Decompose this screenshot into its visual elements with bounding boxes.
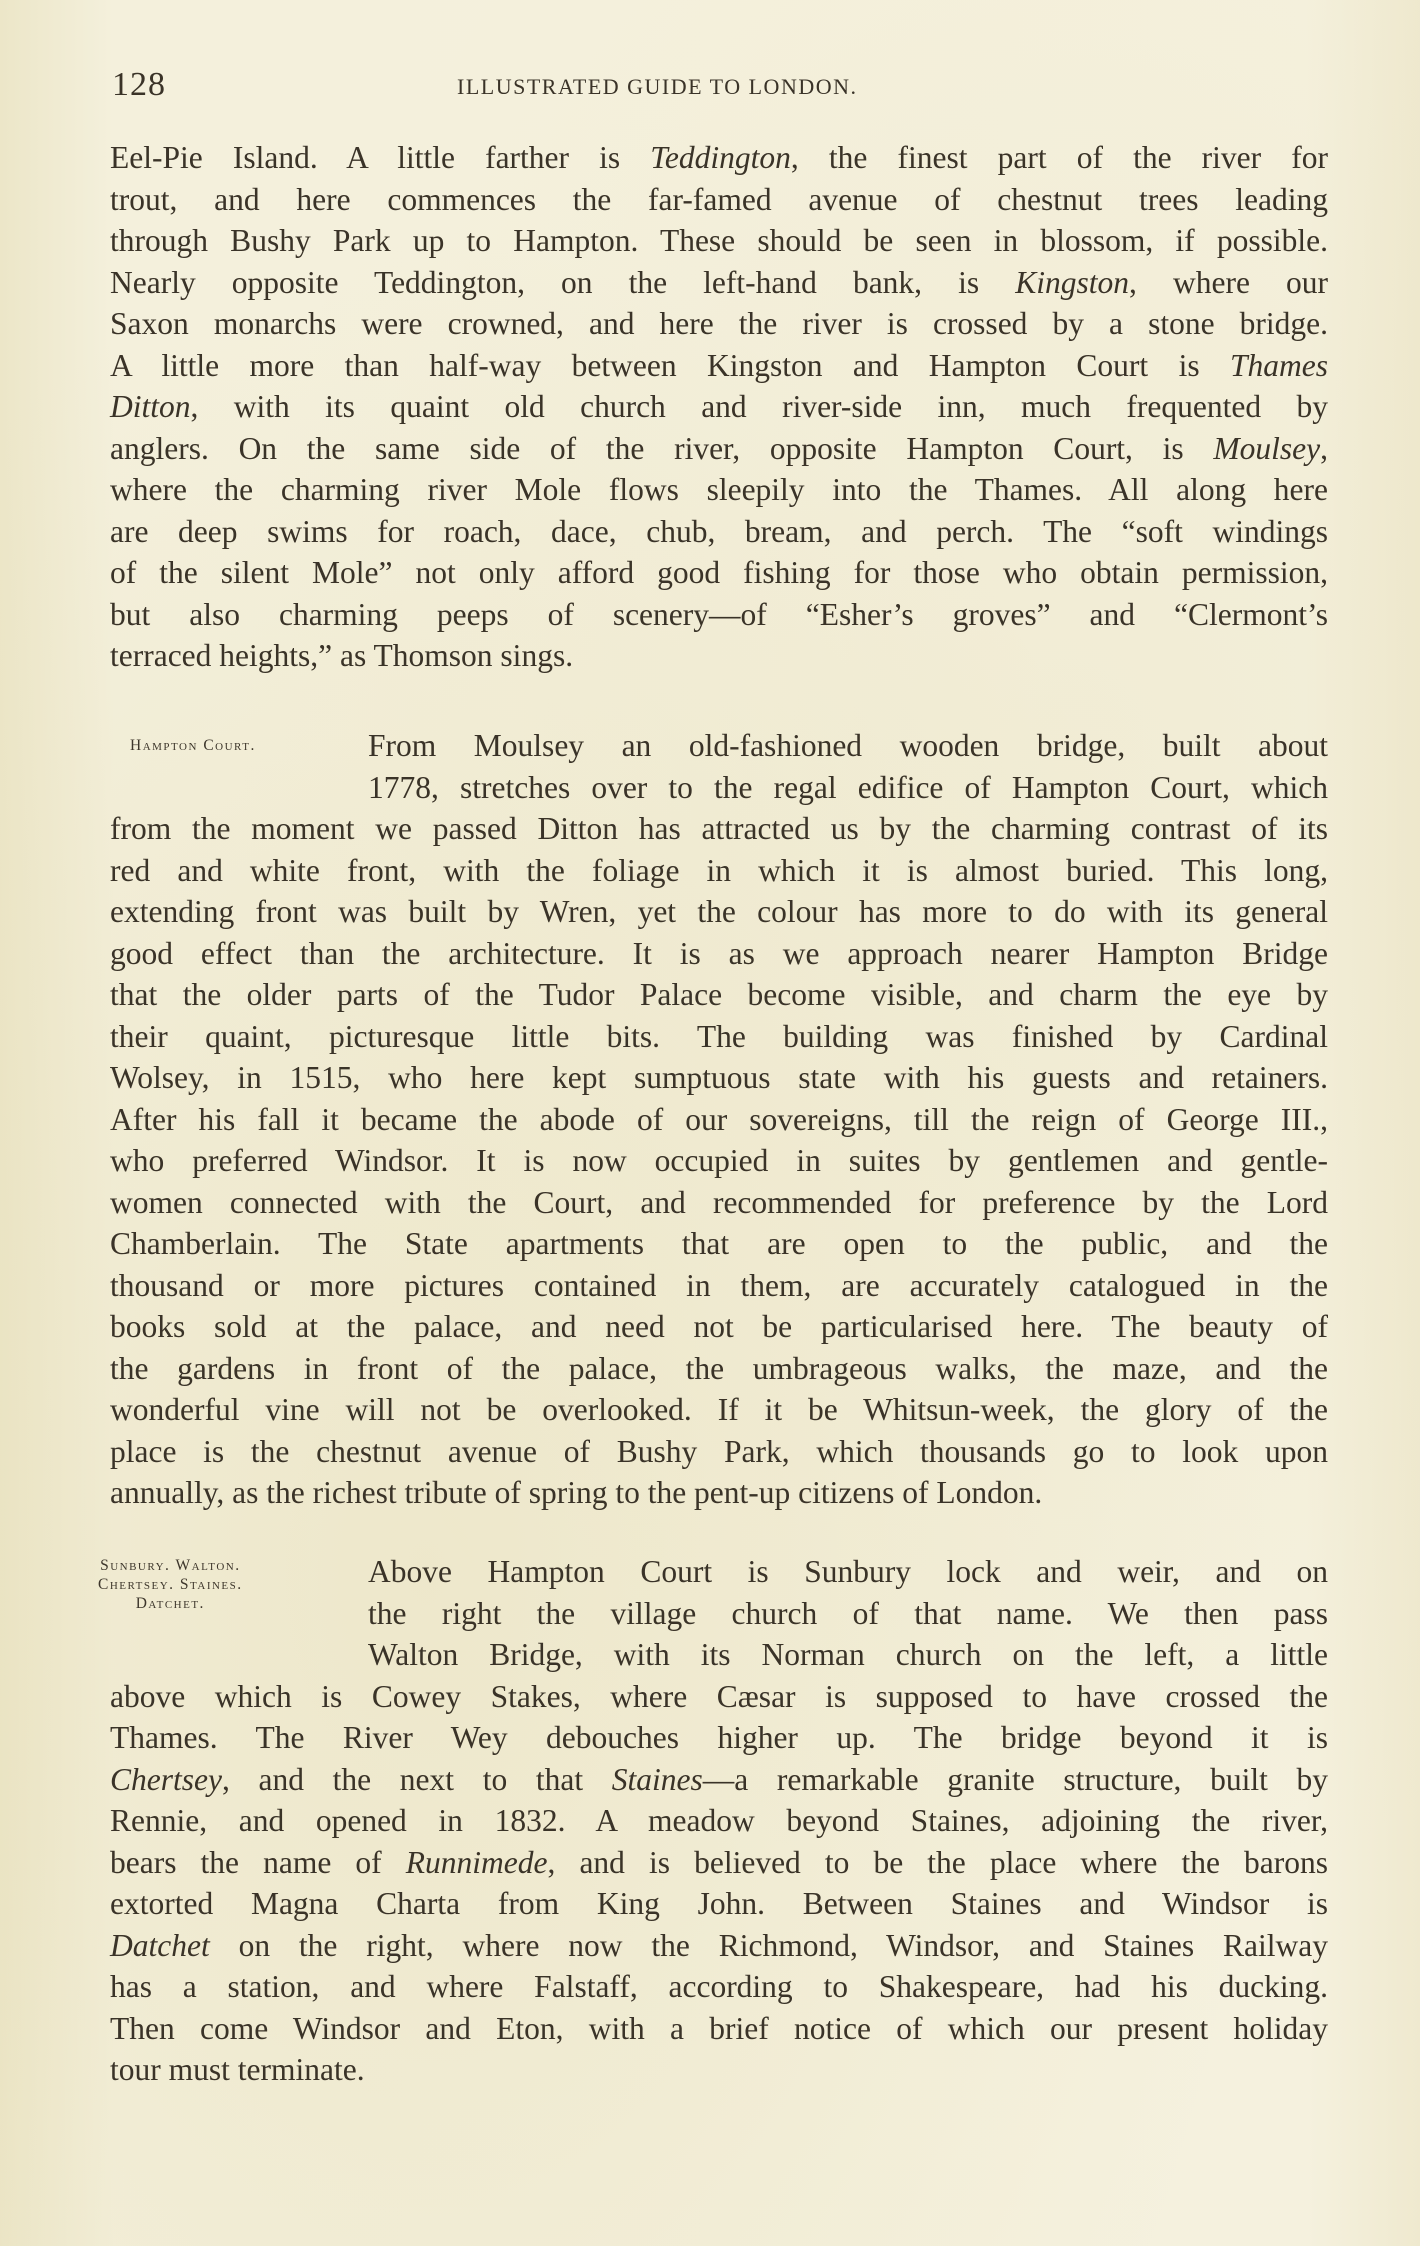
text-line: has a station, and where Falstaff, accor… <box>110 1966 1328 2008</box>
text-line: Chertsey, and the next to that Staines—a… <box>110 1759 1328 1801</box>
paragraph-sunbury-to-windsor: Above Hampton Court is Sunbury lock and … <box>110 1551 1328 2091</box>
text-line: place is the chestnut avenue of Bushy Pa… <box>110 1431 1328 1473</box>
place-name-italic: Teddington <box>650 140 791 175</box>
text-line: who preferred Windsor. It is now occupie… <box>110 1140 1328 1182</box>
text-line: thousand or more pictures contained in t… <box>110 1265 1328 1307</box>
paragraph-hampton-court: From Moulsey an old-fashioned wooden bri… <box>110 725 1328 1514</box>
text-line: trout, and here commences the far-famed … <box>110 179 1328 221</box>
text-line: annually, as the richest tribute of spri… <box>110 1472 1328 1514</box>
text-line: where the charming river Mole flows slee… <box>110 469 1328 511</box>
text-line: through Bushy Park up to Hampton. These … <box>110 220 1328 262</box>
place-name-italic: Datchet <box>110 1928 210 1963</box>
text-line: terraced heights,” as Thomson sings. <box>110 635 1328 677</box>
text-line: Rennie, and opened in 1832. A meadow bey… <box>110 1800 1328 1842</box>
text-line: extending front was built by Wren, yet t… <box>110 891 1328 933</box>
page-number: 128 <box>112 66 166 104</box>
text-line: that the older parts of the Tudor Palace… <box>110 974 1328 1016</box>
text-line: Thames. The River Wey debouches higher u… <box>110 1717 1328 1759</box>
text-line: bears the name of Runnimede, and is beli… <box>110 1842 1328 1884</box>
place-name-italic: Ditton <box>110 389 191 424</box>
place-name-italic: Staines <box>612 1762 703 1797</box>
paragraph-teddington: Eel-Pie Island. A little farther is Tedd… <box>110 137 1328 677</box>
text-line: above which is Cowey Stakes, where Cæsar… <box>110 1676 1328 1718</box>
text-line: Above Hampton Court is Sunbury lock and … <box>368 1551 1328 1593</box>
text-line: Ditton, with its quaint old church and r… <box>110 386 1328 428</box>
text-line: Chamberlain. The State apartments that a… <box>110 1223 1328 1265</box>
book-page: 128 ILLUSTRATED GUIDE TO LONDON. Eel-Pie… <box>0 0 1420 2246</box>
text-line: Wolsey, in 1515, who here kept sumptuous… <box>110 1057 1328 1099</box>
text-line: red and white front, with the foliage in… <box>110 850 1328 892</box>
place-name-italic: Kingston <box>1015 265 1129 300</box>
place-name-italic: Chertsey <box>110 1762 222 1797</box>
text-line: of the silent Mole” not only afford good… <box>110 552 1328 594</box>
text-line: wonderful vine will not be overlooked. I… <box>110 1389 1328 1431</box>
text-line: the gardens in front of the palace, the … <box>110 1348 1328 1390</box>
text-line: Nearly opposite Teddington, on the left-… <box>110 262 1328 304</box>
text-line: Saxon monarchs were crowned, and here th… <box>110 303 1328 345</box>
text-line: After his fall it became the abode of ou… <box>110 1099 1328 1141</box>
text-line: are deep swims for roach, dace, chub, br… <box>110 511 1328 553</box>
text-line: but also charming peeps of scenery—of “E… <box>110 594 1328 636</box>
text-line: From Moulsey an old-fashioned wooden bri… <box>368 725 1328 767</box>
text-line: their quaint, picturesque little bits. T… <box>110 1016 1328 1058</box>
text-line: good effect than the architecture. It is… <box>110 933 1328 975</box>
text-line: women connected with the Court, and reco… <box>110 1182 1328 1224</box>
text-line: anglers. On the same side of the river, … <box>110 428 1328 470</box>
place-name-italic: Moulsey <box>1213 431 1320 466</box>
running-head: 128 ILLUSTRATED GUIDE TO LONDON. <box>112 66 1332 106</box>
text-line: Walton Bridge, with its Norman church on… <box>368 1634 1328 1676</box>
text-line: 1778, stretches over to the regal edific… <box>368 767 1328 809</box>
running-title: ILLUSTRATED GUIDE TO LONDON. <box>457 74 858 100</box>
text-line: Datchet on the right, where now the Rich… <box>110 1925 1328 1967</box>
text-line: Then come Windsor and Eton, with a brief… <box>110 2008 1328 2050</box>
text-line: the right the village church of that nam… <box>368 1593 1328 1635</box>
text-line: Eel-Pie Island. A little farther is Tedd… <box>110 137 1328 179</box>
place-name-italic: Thames <box>1230 348 1328 383</box>
text-line: books sold at the palace, and need not b… <box>110 1306 1328 1348</box>
place-name-italic: Runnimede <box>406 1845 548 1880</box>
text-line: extorted Magna Charta from King John. Be… <box>110 1883 1328 1925</box>
text-line: A little more than half-way between King… <box>110 345 1328 387</box>
text-line: tour must terminate. <box>110 2049 1328 2091</box>
text-line: from the moment we passed Ditton has att… <box>110 808 1328 850</box>
